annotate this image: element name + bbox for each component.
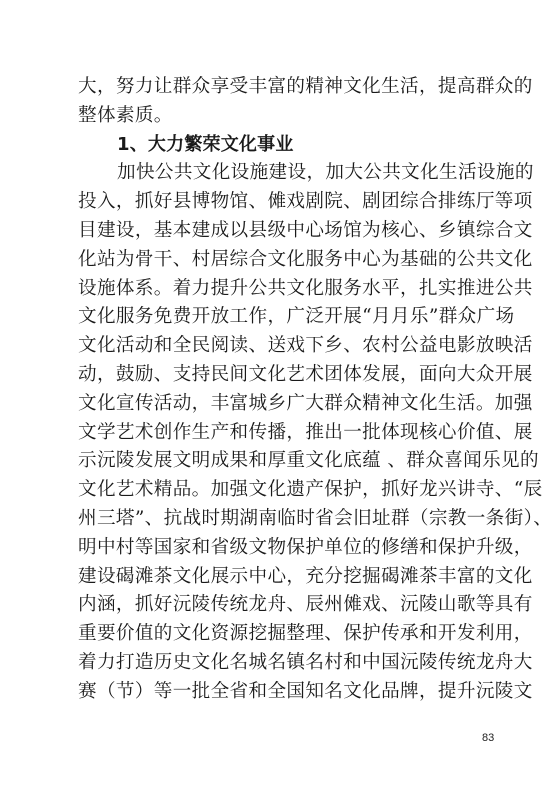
body-text: 大，努力让群众享受丰富的精神文化生活，提高群众的 整体素质。 1、大力繁荣文化事… — [78, 73, 498, 707]
text-line: 着力打造历史文化名城名镇名村和中国沅陵传统龙舟大 — [78, 649, 498, 678]
text-line: 示沅陵发展文明成果和厚重文化底蕴 、群众喜闻乐见的 — [78, 447, 498, 476]
paragraph-first-line: 加快公共文化设施建设，加大公共文化生活设施的 — [78, 159, 498, 188]
text-line: 建设碣滩茶文化展示中心，充分挖掘碣滩茶丰富的文化 — [78, 563, 498, 592]
text-line: 化站为骨干、村居综合文化服务中心为基础的公共文化 — [78, 246, 498, 275]
text-line: 动，鼓励、支持民间文化艺术团体发展，面向大众开展 — [78, 361, 498, 390]
text-line: 文化服务免费开放工作，广泛开展“月月乐”群众广场 — [78, 303, 498, 332]
text-line: 明中村等国家和省级文物保护单位的修缮和保护升级， — [78, 534, 498, 563]
text-line: 州三塔”、抗战时期湖南临时省会旧址群（宗教一条街）、 — [78, 505, 498, 534]
text-line: 文化活动和全民阅读、送戏下乡、农村公益电影放映活 — [78, 332, 498, 361]
text-line: 设施体系。着力提升公共文化服务水平，扎实推进公共 — [78, 275, 498, 304]
text-line: 文化宣传活动，丰富城乡广大群众精神文化生活。加强 — [78, 390, 498, 419]
text-line: 大，努力让群众享受丰富的精神文化生活，提高群众的 — [78, 73, 498, 102]
text-line: 内涵，抓好沅陵传统龙舟、辰州傩戏、沅陵山歌等具有 — [78, 591, 498, 620]
text-line: 赛（节）等一批全省和全国知名文化品牌，提升沅陵文 — [78, 678, 498, 707]
text-line: 目建设，基本建成以县级中心场馆为核心、乡镇综合文 — [78, 217, 498, 246]
text-line: 重要价值的文化资源挖掘整理、保护传承和开发利用， — [78, 620, 498, 649]
text-line: 文学艺术创作生产和传播，推出一批体现核心价值、展 — [78, 419, 498, 448]
text-line: 文化艺术精品。加强文化遗产保护，抓好龙兴讲寺、“辰 — [78, 476, 498, 505]
text-line: 整体素质。 — [78, 102, 498, 131]
section-heading: 1、大力繁荣文化事业 — [78, 131, 498, 160]
page-number: 83 — [482, 732, 494, 744]
text-line: 投入，抓好县博物馆、傩戏剧院、剧团综合排练厅等项 — [78, 188, 498, 217]
document-page: 大，努力让群众享受丰富的精神文化生活，提高群众的 整体素质。 1、大力繁荣文化事… — [0, 0, 559, 793]
